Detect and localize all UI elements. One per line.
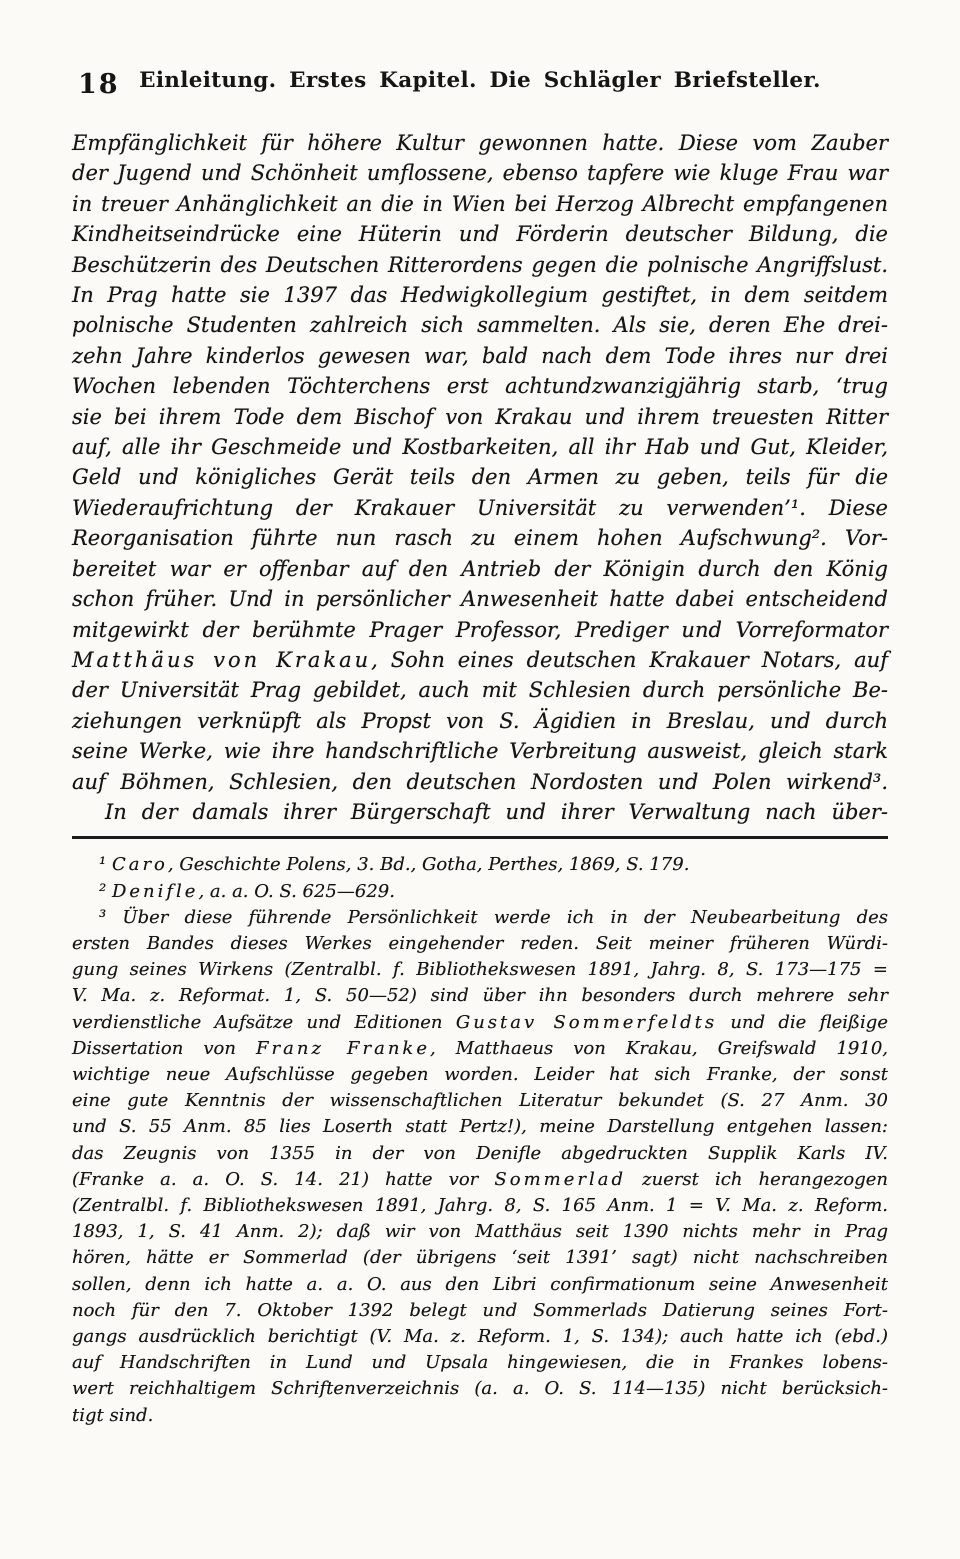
text-segment: wichtige neue Aufschlüsse gegeben worden… bbox=[72, 1064, 888, 1085]
body-text-line: zehn Jahre kinderlos gewesen war, bald n… bbox=[72, 341, 888, 371]
footnote-line: verdienstliche Aufsätze und Editionen Gu… bbox=[72, 1010, 888, 1036]
footnotes: ¹ Caro, Geschichte Polens, 3. Bd., Gotha… bbox=[72, 852, 888, 1428]
footnote-line: gung seines Wirkens (Zentralbl. f. Bibli… bbox=[72, 957, 888, 983]
main-text: Empfänglichkeit für höhere Kultur gewonn… bbox=[72, 128, 888, 827]
text-segment: bereitet war er offenbar auf den Antrieb… bbox=[72, 557, 888, 581]
footnote-line: ² Denifle, a. a. O. S. 625—629. bbox=[72, 879, 888, 905]
text-segment: sollen, denn ich hatte a. a. O. aus den … bbox=[72, 1274, 888, 1295]
text-segment: ersten Bandes dieses Werkes eingehender … bbox=[72, 933, 888, 954]
text-segment: Beschützerin des Deutschen Ritterordens … bbox=[72, 253, 888, 277]
text-segment: In Prag hatte sie 1397 das Hedwigkollegi… bbox=[72, 283, 888, 307]
body-text-line: Reorganisation führte nun rasch zu einem… bbox=[72, 523, 888, 553]
text-segment: das Zeugnis von 1355 in der von Denifle … bbox=[72, 1143, 888, 1164]
footnote-line: noch für den 7. Oktober 1392 belegt und … bbox=[72, 1298, 888, 1324]
footnote-line: V. Ma. z. Reformat. 1, S. 50—52) sind üb… bbox=[72, 983, 888, 1009]
page-header: 18 Einleitung. Erstes Kapitel. Die Schlä… bbox=[72, 68, 888, 102]
text-segment: wert reichhaltigem Schriftenverzeichnis … bbox=[72, 1378, 888, 1399]
text-segment: noch für den 7. Oktober 1392 belegt und … bbox=[72, 1300, 888, 1321]
text-segment: ziehungen verknüpft als Propst von S. Äg… bbox=[72, 709, 888, 733]
letterspaced-name: Caro bbox=[112, 854, 168, 875]
footnote-line: gangs ausdrücklich berichtigt (V. Ma. z.… bbox=[72, 1324, 888, 1350]
body-text-line: mitgewirkt der berühmte Prager Professor… bbox=[72, 615, 888, 645]
text-segment: mitgewirkt der berühmte Prager Professor… bbox=[72, 618, 888, 642]
text-segment: Reorganisation führte nun rasch zu einem… bbox=[72, 526, 888, 550]
text-segment: , Sohn eines deutschen Krakauer Notars, … bbox=[371, 648, 888, 672]
footnote-line: 1893, 1, S. 41 Anm. 2); daß wir von Matt… bbox=[72, 1219, 888, 1245]
text-segment: tigt sind. bbox=[72, 1405, 153, 1426]
footnote-line: und S. 55 Anm. 85 lies Loserth statt Per… bbox=[72, 1114, 888, 1140]
footnote-line: tigt sind. bbox=[72, 1403, 888, 1429]
body-text-line: Matthäus von Krakau, Sohn eines deutsche… bbox=[72, 645, 888, 675]
text-segment: Geld und königliches Gerät teils den Arm… bbox=[72, 465, 888, 489]
text-segment: der Universität Prag gebildet, auch mit … bbox=[72, 678, 888, 702]
footnote-line: wichtige neue Aufschlüsse gegeben worden… bbox=[72, 1062, 888, 1088]
text-segment: polnische Studenten zahlreich sich samme… bbox=[72, 313, 888, 337]
footnote-line: wert reichhaltigem Schriftenverzeichnis … bbox=[72, 1376, 888, 1402]
letterspaced-name: Matthäus von Krakau bbox=[72, 648, 371, 672]
page-number: 18 bbox=[78, 69, 120, 100]
footnote-line: hören, hätte er Sommerlad (der übrigens … bbox=[72, 1245, 888, 1271]
text-segment: V. Ma. z. Reformat. 1, S. 50—52) sind üb… bbox=[72, 985, 888, 1006]
body-text-line: Wochen lebenden Töchterchens erst achtun… bbox=[72, 371, 888, 401]
letterspaced-name: Denifle bbox=[112, 881, 199, 902]
text-segment: Empfänglichkeit für höhere Kultur gewonn… bbox=[72, 131, 888, 155]
footnote-line: ersten Bandes dieses Werkes eingehender … bbox=[72, 931, 888, 957]
text-block: 18 Einleitung. Erstes Kapitel. Die Schlä… bbox=[72, 68, 888, 1429]
footnote-line: ¹ Caro, Geschichte Polens, 3. Bd., Gotha… bbox=[72, 852, 888, 878]
text-segment: zehn Jahre kinderlos gewesen war, bald n… bbox=[72, 344, 888, 368]
footnote-gap bbox=[72, 839, 888, 852]
body-text-line: seine Werke, wie ihre handschriftliche V… bbox=[72, 736, 888, 766]
text-segment: seine Werke, wie ihre handschriftliche V… bbox=[72, 739, 888, 763]
text-segment: auf Böhmen, Schlesien, den deutschen Nor… bbox=[72, 770, 888, 794]
footnote-line: sollen, denn ich hatte a. a. O. aus den … bbox=[72, 1272, 888, 1298]
letterspaced-name: Sommerlad bbox=[494, 1169, 626, 1190]
text-segment: auf Handschriften in Lund und Upsala hin… bbox=[72, 1352, 888, 1373]
text-segment: ² bbox=[99, 881, 112, 902]
text-segment: (Franke a. a. O. S. 14. 21) hatte vor bbox=[72, 1169, 494, 1190]
text-segment: , Matthaeus von Krakau, Greifswald 1910, bbox=[430, 1038, 888, 1059]
body-text-line: auf, alle ihr Geschmeide und Kostbarkeit… bbox=[72, 432, 888, 462]
body-text-line: auf Böhmen, Schlesien, den deutschen Nor… bbox=[72, 767, 888, 797]
text-segment: , a. a. O. S. 625—629. bbox=[198, 881, 395, 902]
text-segment: 1893, 1, S. 41 Anm. 2); daß wir von Matt… bbox=[72, 1221, 888, 1242]
text-segment: und die fleißige bbox=[717, 1012, 888, 1033]
text-segment: Kindheitseindrücke eine Hüterin und Förd… bbox=[72, 222, 888, 246]
footnote-line: das Zeugnis von 1355 in der von Denifle … bbox=[72, 1141, 888, 1167]
footnote-line: (Franke a. a. O. S. 14. 21) hatte vor So… bbox=[72, 1167, 888, 1193]
footnote-line: auf Handschriften in Lund und Upsala hin… bbox=[72, 1350, 888, 1376]
body-text-line: schon früher. Und in persönlicher Anwese… bbox=[72, 584, 888, 614]
text-segment: sie bei ihrem Tode dem Bischof von Kraka… bbox=[72, 405, 888, 429]
body-text-line: der Jugend und Schönheit umflossene, ebe… bbox=[72, 158, 888, 188]
body-text-line: Beschützerin des Deutschen Ritterordens … bbox=[72, 250, 888, 280]
footnote-line: eine gute Kenntnis der wissenschaftliche… bbox=[72, 1088, 888, 1114]
text-segment: schon früher. Und in persönlicher Anwese… bbox=[72, 587, 888, 611]
footnote-line: ³ Über diese führende Persönlichkeit wer… bbox=[72, 905, 888, 931]
text-segment: und S. 55 Anm. 85 lies Loserth statt Per… bbox=[72, 1116, 888, 1137]
letterspaced-name: Franz Franke bbox=[256, 1038, 430, 1059]
text-segment: In der damals ihrer Bürgerschaft und ihr… bbox=[105, 800, 888, 824]
text-segment: Dissertation von bbox=[72, 1038, 256, 1059]
text-segment: ³ Über diese führende Persönlichkeit wer… bbox=[99, 907, 888, 928]
body-text-line: bereitet war er offenbar auf den Antrieb… bbox=[72, 554, 888, 584]
footnote-line: Dissertation von Franz Franke, Matthaeus… bbox=[72, 1036, 888, 1062]
running-title: Einleitung. Erstes Kapitel. Die Schlägle… bbox=[72, 68, 888, 93]
text-segment: verdienstliche Aufsätze und Editionen bbox=[72, 1012, 456, 1033]
body-text-line: sie bei ihrem Tode dem Bischof von Kraka… bbox=[72, 402, 888, 432]
body-text-line: In Prag hatte sie 1397 das Hedwigkollegi… bbox=[72, 280, 888, 310]
body-text-line: Kindheitseindrücke eine Hüterin und Förd… bbox=[72, 219, 888, 249]
text-segment: (Zentralbl. f. Bibliothekswesen 1891, Ja… bbox=[72, 1195, 888, 1216]
text-segment: der Jugend und Schönheit umflossene, ebe… bbox=[72, 161, 888, 185]
body-text-line: Wiederaufrichtung der Krakauer Universit… bbox=[72, 493, 888, 523]
text-segment: gung seines Wirkens (Zentralbl. f. Bibli… bbox=[72, 959, 888, 980]
body-text-line: Geld und königliches Gerät teils den Arm… bbox=[72, 462, 888, 492]
text-segment: in treuer Anhänglichkeit an die in Wien … bbox=[72, 192, 888, 216]
scanned-book-page: 18 Einleitung. Erstes Kapitel. Die Schlä… bbox=[0, 0, 960, 1559]
body-text-line: polnische Studenten zahlreich sich samme… bbox=[72, 310, 888, 340]
text-segment: ¹ bbox=[99, 854, 112, 875]
body-text-line: in treuer Anhänglichkeit an die in Wien … bbox=[72, 189, 888, 219]
body-text-line: In der damals ihrer Bürgerschaft und ihr… bbox=[72, 797, 888, 827]
text-segment: auf, alle ihr Geschmeide und Kostbarkeit… bbox=[72, 435, 888, 459]
letterspaced-name: Gustav Sommerfeldts bbox=[456, 1012, 717, 1033]
text-segment: gangs ausdrücklich berichtigt (V. Ma. z.… bbox=[72, 1326, 888, 1347]
text-segment: , Geschichte Polens, 3. Bd., Gotha, Pert… bbox=[168, 854, 690, 875]
footnote-line: (Zentralbl. f. Bibliothekswesen 1891, Ja… bbox=[72, 1193, 888, 1219]
body-text-line: Empfänglichkeit für höhere Kultur gewonn… bbox=[72, 128, 888, 158]
text-segment: Wiederaufrichtung der Krakauer Universit… bbox=[72, 496, 888, 520]
body-text-line: der Universität Prag gebildet, auch mit … bbox=[72, 675, 888, 705]
text-segment: zuerst ich herangezogen bbox=[626, 1169, 888, 1190]
text-segment: eine gute Kenntnis der wissenschaftliche… bbox=[72, 1090, 888, 1111]
text-segment: hören, hätte er Sommerlad (der übrigens … bbox=[72, 1247, 888, 1268]
text-segment: Wochen lebenden Töchterchens erst achtun… bbox=[72, 374, 888, 398]
body-text-line: ziehungen verknüpft als Propst von S. Äg… bbox=[72, 706, 888, 736]
